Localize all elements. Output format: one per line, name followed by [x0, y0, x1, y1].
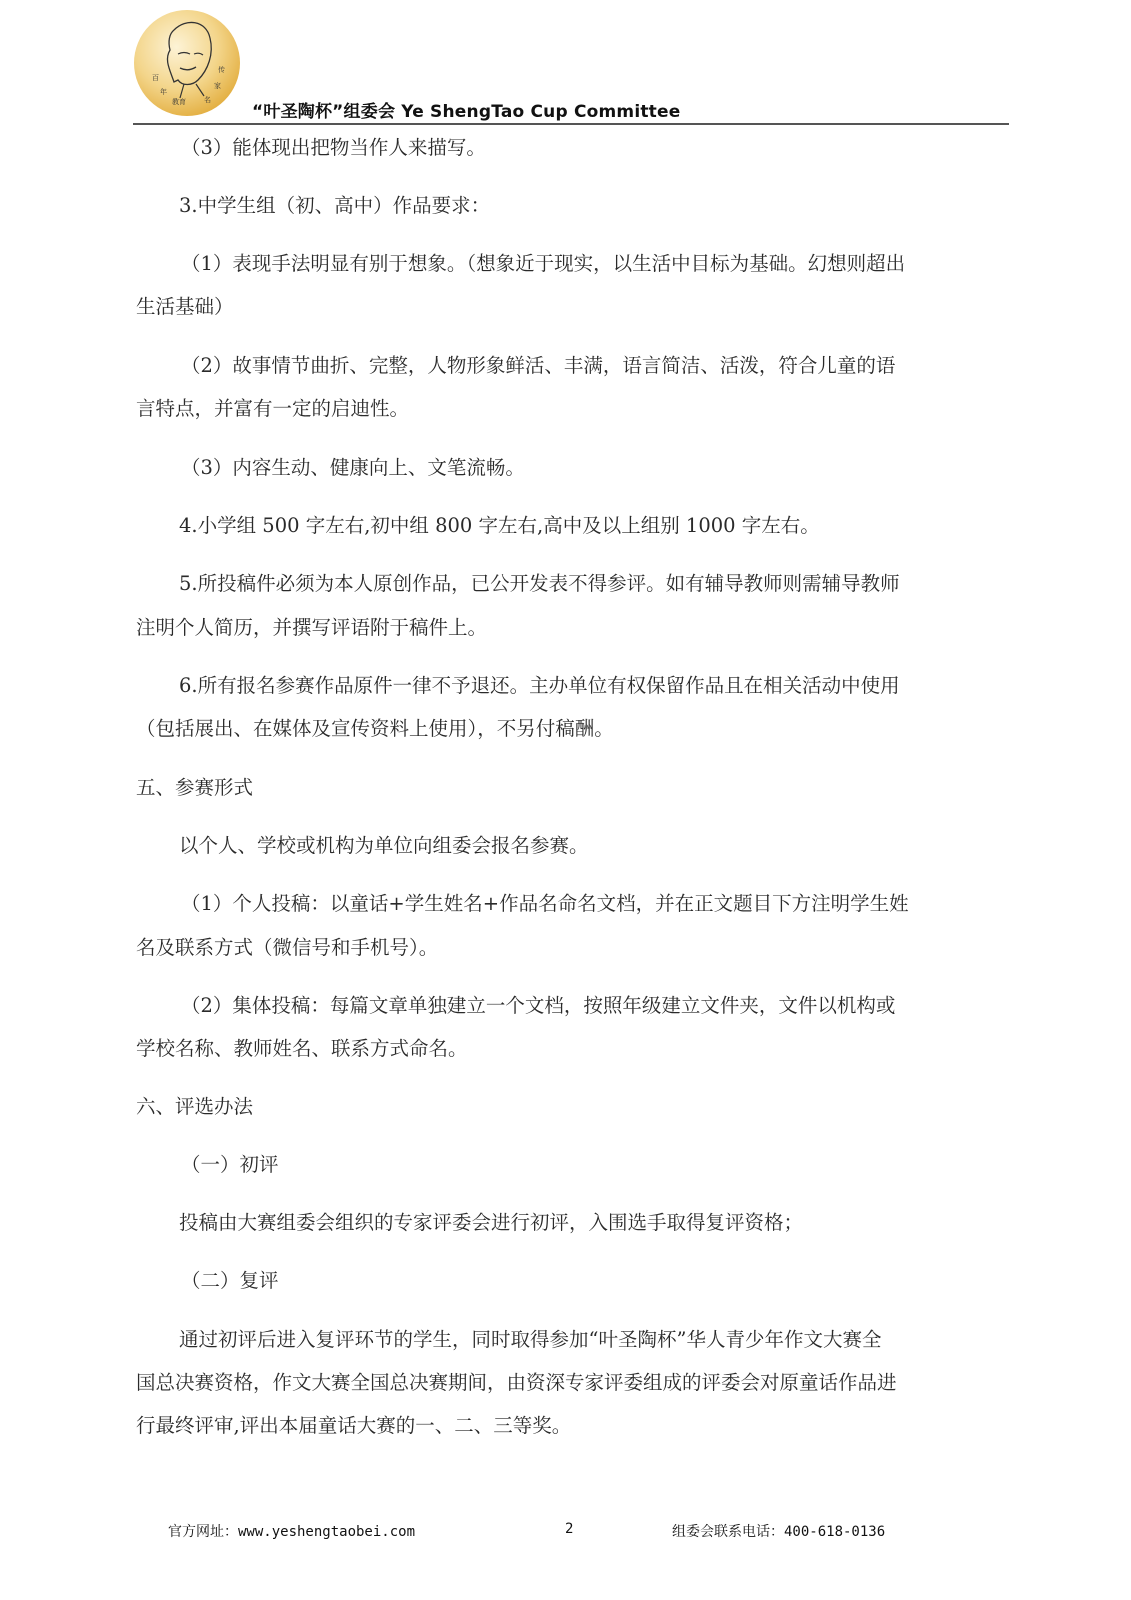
body-line: 言特点，并富有一定的启迪性。: [136, 387, 409, 431]
svg-text:名: 名: [204, 95, 211, 104]
body-line: （包括展出、在媒体及宣传资料上使用），不另付稿酬。: [136, 707, 614, 751]
footer-website: 官方网址：www.yeshengtaobei.com: [168, 1521, 415, 1541]
section-heading: 五、参赛形式: [136, 766, 253, 810]
body-line: （1）个人投稿：以童话+学生姓名+作品名命名文档，并在正文题目下方注明学生姓: [181, 882, 909, 926]
subsection-heading: （二）复评: [181, 1259, 279, 1303]
portrait-icon: 百 年 教育 名 家 传: [134, 10, 240, 116]
body-line: （2）集体投稿：每篇文章单独建立一个文档，按照年级建立文件夹，文件以机构或: [181, 984, 895, 1028]
body-line: 4.小学组 500 字左右,初中组 800 字左右,高中及以上组别 1000 字…: [179, 504, 820, 548]
body-line: （3）能体现出把物当作人来描写。: [181, 126, 486, 170]
body-line: 学校名称、教师姓名、联系方式命名。: [136, 1027, 468, 1071]
body-line: 行最终评审,评出本届童话大赛的一、二、三等奖。: [136, 1404, 571, 1448]
section-heading: 六、评选办法: [136, 1085, 253, 1129]
body-line: （3）内容生动、健康向上、文笔流畅。: [181, 446, 525, 490]
footer-page-number: 2: [565, 1521, 573, 1537]
subsection-heading: （一）初评: [181, 1143, 279, 1187]
svg-text:百: 百: [152, 74, 159, 82]
header-title: “叶圣陶杯”组委会 Ye ShengTao Cup Committee: [252, 97, 680, 122]
body-line: 注明个人简历，并撰写评语附于稿件上。: [136, 606, 487, 650]
body-line: 5.所投稿件必须为本人原创作品，已公开发表不得参评。如有辅导教师则需辅导教师: [179, 562, 900, 606]
svg-text:教育: 教育: [172, 97, 186, 106]
footer-phone: 组委会联系电话：400-618-0136: [672, 1521, 885, 1541]
svg-text:年: 年: [160, 87, 167, 96]
body-line: 名及联系方式（微信号和手机号）。: [136, 926, 438, 970]
body-line: （2）故事情节曲折、完整，人物形象鲜活、丰满，语言简洁、活泼，符合儿童的语: [181, 344, 895, 388]
header-divider: [133, 123, 1009, 125]
body-line: 生活基础）: [136, 285, 234, 329]
svg-text:家: 家: [214, 81, 221, 90]
body-line: （1）表现手法明显有别于想象。（想象近于现实，以生活中目标为基础。幻想则超出: [181, 242, 905, 286]
body-line: 投稿由大赛组委会组织的专家评委会进行初评，入围选手取得复评资格；: [179, 1201, 803, 1245]
body-line: 通过初评后进入复评环节的学生，同时取得参加“叶圣陶杯”华人青少年作文大赛全: [179, 1318, 881, 1362]
body-line: 国总决赛资格，作文大赛全国总决赛期间，由资深专家评委组成的评委会对原童话作品进: [136, 1361, 897, 1405]
body-line: 3.中学生组（初、高中）作品要求：: [179, 184, 490, 228]
body-line: 6.所有报名参赛作品原件一律不予退还。主办单位有权保留作品且在相关活动中使用: [179, 664, 900, 708]
committee-logo: 百 年 教育 名 家 传: [134, 10, 240, 116]
body-line: 以个人、学校或机构为单位向组委会报名参赛。: [179, 824, 589, 868]
svg-text:传: 传: [218, 65, 225, 74]
